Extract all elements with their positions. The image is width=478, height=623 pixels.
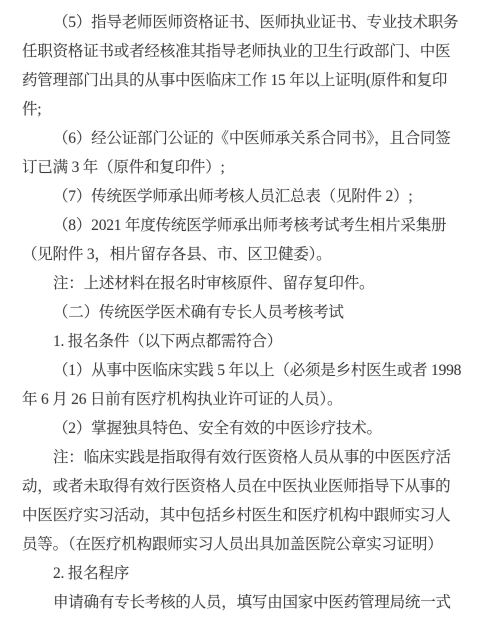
text-line: 中医医疗实习活动，其中包括乡村医生和医疗机构中跟师实习人	[22, 501, 472, 530]
document-body: （5）指导老师医师资格证书、医师执业证书、专业技术职务任职资格证书或者经核准其指…	[22, 8, 472, 617]
text-line: 注：临床实践是指取得有效行医资格人员从事的中医医疗活	[22, 443, 472, 472]
text-line: （二）传统医学医术确有专长人员考核考试	[22, 298, 472, 327]
text-line: （见附件 3，相片留存各县、市、区卫健委）。	[22, 240, 472, 269]
text-line: 员等。（在医疗机构跟师实习人员出具加盖医院公章实习证明）	[22, 530, 472, 559]
text-line: （2）掌握独具特色、安全有效的中医诊疗技术。	[22, 414, 472, 443]
text-line: 药管理部门出具的从事中医临床工作 15 年以上证明(原件和复印	[22, 66, 472, 95]
text-line: 订已满 3 年（原件和复印件）;	[22, 153, 472, 182]
document-page: （5）指导老师医师资格证书、医师执业证书、专业技术职务任职资格证书或者经核准其指…	[0, 0, 478, 623]
text-line: 注：上述材料在报名时审核原件、留存复印件。	[22, 269, 472, 298]
text-line: 年 6 月 26 日前有医疗机构执业许可证的人员）。	[22, 385, 472, 414]
text-line: 1. 报名条件（以下两点都需符合）	[22, 327, 472, 356]
text-line: 动，或者未取得有效行医资格人员在中医执业医师指导下从事的	[22, 472, 472, 501]
text-line: 申请确有专长考核的人员，填写由国家中医药管理局统一式	[22, 588, 472, 617]
text-line: 2. 报名程序	[22, 559, 472, 588]
text-line: （6）经公证部门公证的《中医师承关系合同书》，且合同签	[22, 124, 472, 153]
text-line: （8）2021 年度传统医学师承出师考核考试考生相片采集册	[22, 211, 472, 240]
text-line: 任职资格证书或者经核准其指导老师执业的卫生行政部门、中医	[22, 37, 472, 66]
text-line: （5）指导老师医师资格证书、医师执业证书、专业技术职务	[22, 8, 472, 37]
text-line: （7）传统医学师承出师考核人员汇总表（见附件 2）;	[22, 182, 472, 211]
text-line: （1）从事中医临床实践 5 年以上（必须是乡村医生或者 1998	[22, 356, 472, 385]
text-line: 件;	[22, 95, 472, 124]
